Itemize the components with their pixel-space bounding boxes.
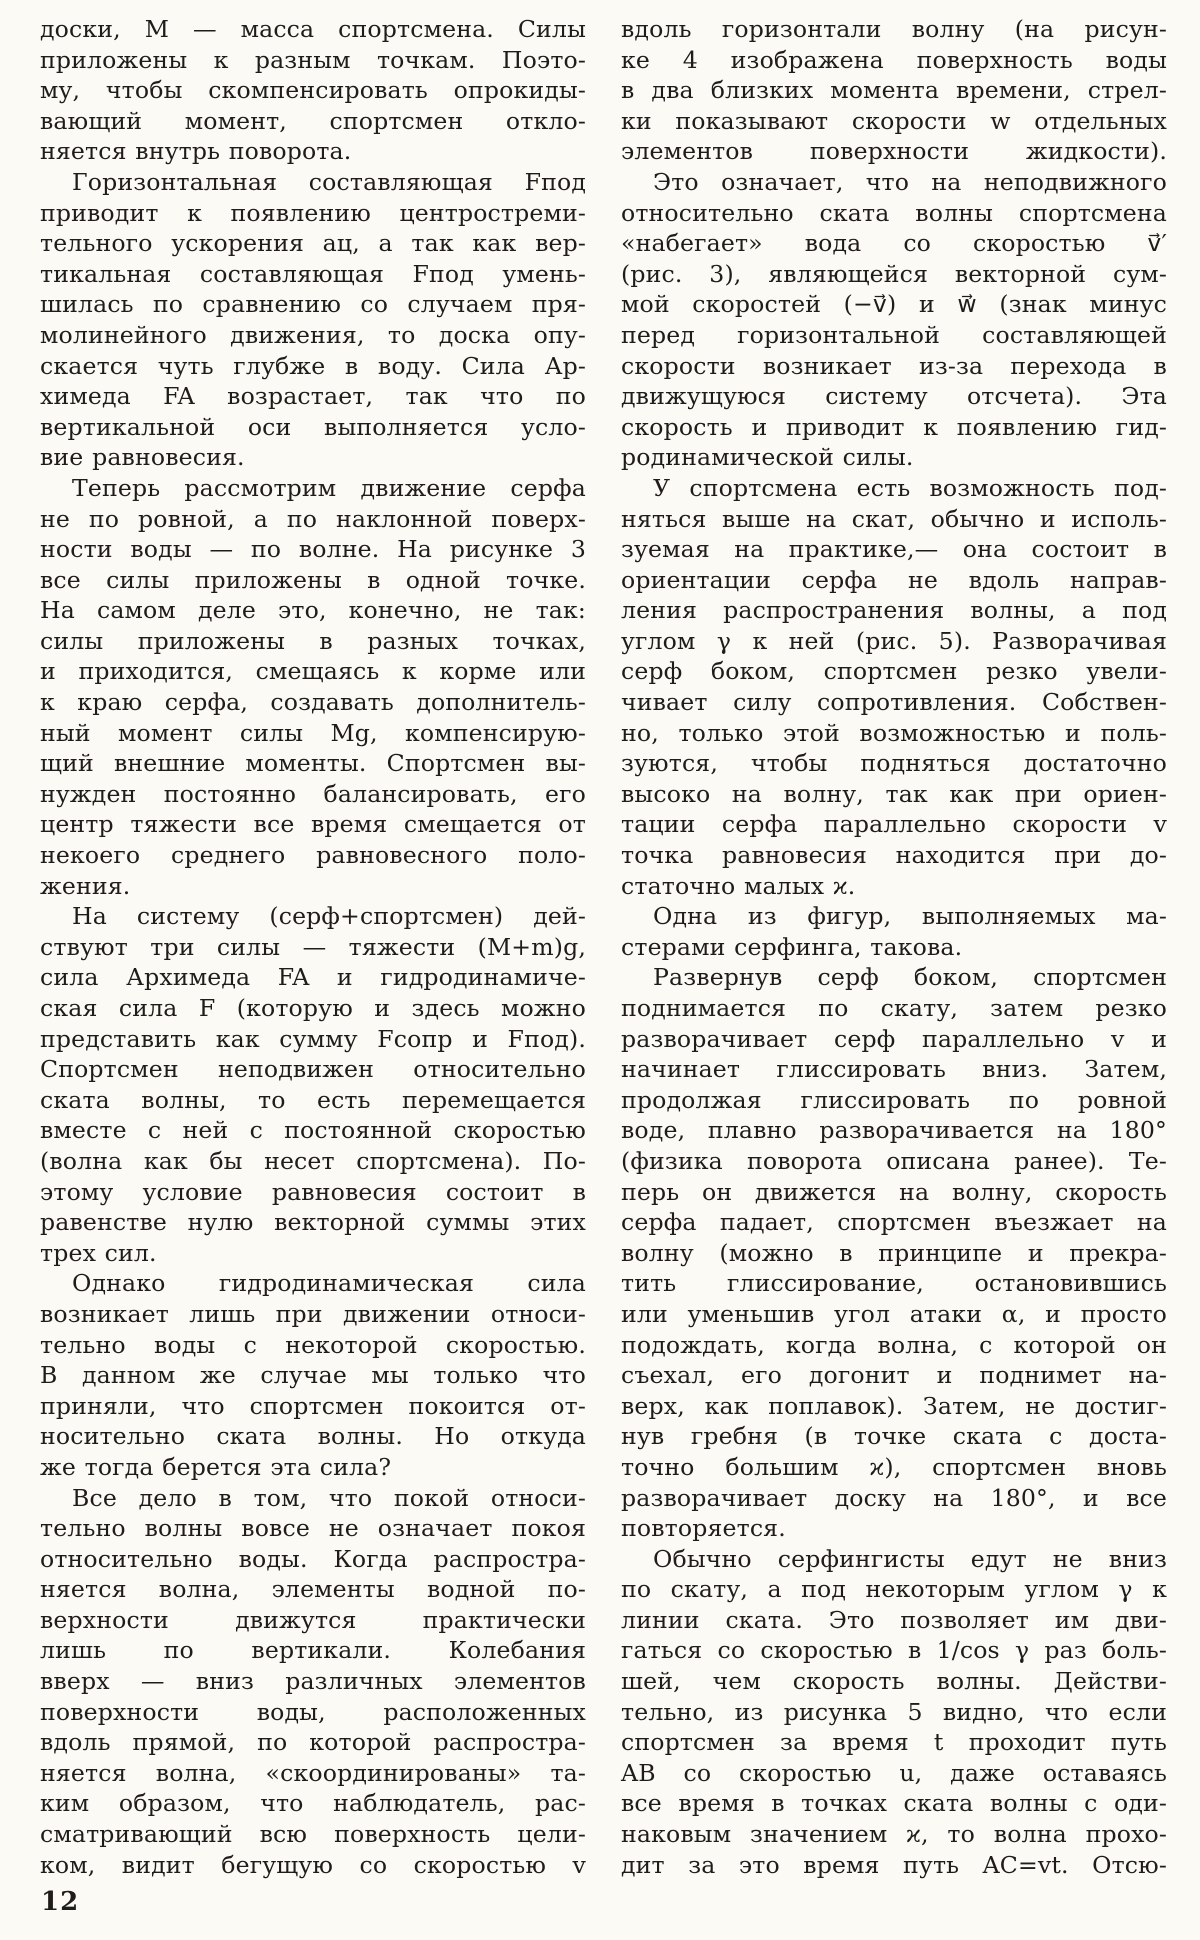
text-line: все время в точках ската волны с оди- <box>621 1788 1167 1819</box>
text-line: тикальная составляющая Fпод умень- <box>40 259 586 290</box>
text-line: верхности движутся практически <box>40 1605 586 1636</box>
text-line: химеда FA возрастает, так что по <box>40 381 586 412</box>
text-line: Это означает, что на неподвижного <box>621 167 1167 198</box>
text-line: тельного ускорения aц, а так как вер- <box>40 228 586 259</box>
text-line: некоего среднего равновесного поло- <box>40 840 586 871</box>
text-line: носительно ската волны. Но откуда <box>40 1421 586 1452</box>
text-line: вместе с ней с постоянной скоростью <box>40 1115 586 1146</box>
text-line: ке 4 изображена поверхность воды <box>621 45 1167 76</box>
text-line: Спортсмен неподвижен относительно <box>40 1054 586 1085</box>
text-line: тельно воды с некоторой скоростью. <box>40 1330 586 1361</box>
text-line: съехал, его догонит и поднимет на- <box>621 1360 1167 1391</box>
text-line: серф боком, спортсмен резко увели- <box>621 656 1167 687</box>
text-line: приняли, что спортсмен покоится от- <box>40 1391 586 1422</box>
text-line: В данном же случае мы только что <box>40 1360 586 1391</box>
text-line: (физика поворота описана ранее). Те- <box>621 1146 1167 1177</box>
text-line: шей, чем скорость волны. Действи- <box>621 1666 1167 1697</box>
right-text-column: вдоль горизонтали волну (на рисун-ке 4 и… <box>621 14 1167 1880</box>
text-line: чивает силу сопротивления. Собствен- <box>621 687 1167 718</box>
text-line: нужден постоянно балансировать, его <box>40 779 586 810</box>
text-line: Однако гидродинамическая сила <box>40 1268 586 1299</box>
text-line: точка равновесия находится при до- <box>621 840 1167 871</box>
text-line: ствуют три силы — тяжести (M+m)g, <box>40 932 586 963</box>
text-line: няться выше на скат, обычно и исполь- <box>621 504 1167 535</box>
text-line: ления распространения волны, а под <box>621 595 1167 626</box>
text-line: зуемая на практике,— она состоит в <box>621 534 1167 565</box>
text-line: относительно воды. Когда распростра- <box>40 1544 586 1575</box>
text-line: вие равновесия. <box>40 442 586 473</box>
text-line: перь он движется на волну, скорость <box>621 1177 1167 1208</box>
text-line: вверх — вниз различных элементов <box>40 1666 586 1697</box>
text-line: У спортсмена есть возможность под- <box>621 473 1167 504</box>
text-line: верх, как поплавок). Затем, не достиг- <box>621 1391 1167 1422</box>
text-line: вдоль прямой, по которой распростра- <box>40 1727 586 1758</box>
text-line: няется внутрь поворота. <box>40 136 586 167</box>
text-line: сила Архимеда FA и гидродинамиче- <box>40 962 586 993</box>
text-line: ким образом, что наблюдатель, рас- <box>40 1788 586 1819</box>
text-line: (волна как бы несет спортсмена). По- <box>40 1146 586 1177</box>
text-line: ская сила F (которую и здесь можно <box>40 993 586 1024</box>
text-line: и приходится, смещаясь к корме или <box>40 656 586 687</box>
text-line: Одна из фигур, выполняемых ма- <box>621 901 1167 932</box>
text-line: гаться со скоростью в 1/cos γ раз боль- <box>621 1635 1167 1666</box>
text-line: наковым значением ϰ, то волна прохо- <box>621 1819 1167 1850</box>
text-line: линии ската. Это позволяет им дви- <box>621 1605 1167 1636</box>
text-line: мой скоростей (−v⃗) и w⃗ (знак минус <box>621 289 1167 320</box>
text-line: вертикальной оси выполняется усло- <box>40 412 586 443</box>
text-line: равенстве нулю векторной суммы этих <box>40 1207 586 1238</box>
text-line: «набегает» вода со скоростью v⃗′ <box>621 228 1167 259</box>
text-line: зуются, чтобы подняться достаточно <box>621 748 1167 779</box>
text-line: лишь по вертикали. Колебания <box>40 1635 586 1666</box>
text-line: приложены к разным точкам. Поэто- <box>40 45 586 76</box>
text-line: разворачивает доску на 180°, и все <box>621 1483 1167 1514</box>
text-line: тельно, из рисунка 5 видно, что если <box>621 1697 1167 1728</box>
text-line: начинает глиссировать вниз. Затем, <box>621 1054 1167 1085</box>
text-line: му, чтобы скомпенсировать опрокиды- <box>40 75 586 106</box>
text-line: На самом деле это, конечно, не так: <box>40 595 586 626</box>
text-line: элементов поверхности жидкости). <box>621 136 1167 167</box>
text-line: ки показывают скорости w отдельных <box>621 106 1167 137</box>
document-page: доски, M — масса спортсмена. Силыприложе… <box>0 0 1200 1940</box>
text-line: статочно малых ϰ. <box>621 871 1167 902</box>
text-line: высоко на волну, так как при ориен- <box>621 779 1167 810</box>
text-line: точно большим ϰ), спортсмен вновь <box>621 1452 1167 1483</box>
text-line: продолжая глиссировать по ровной <box>621 1085 1167 1116</box>
text-line: трех сил. <box>40 1238 586 1269</box>
text-line: родинамической силы. <box>621 442 1167 473</box>
text-line: перед горизонтальной составляющей <box>621 320 1167 351</box>
text-line: Все дело в том, что покой относи- <box>40 1483 586 1514</box>
text-line: или уменьшив угол атаки α, и просто <box>621 1299 1167 1330</box>
text-line: Обычно серфингисты едут не вниз <box>621 1544 1167 1575</box>
text-line: разворачивает серф параллельно v и <box>621 1024 1167 1055</box>
text-line: поднимается по скату, затем резко <box>621 993 1167 1024</box>
text-line: молинейного движения, то доска опу- <box>40 320 586 351</box>
text-line: спортсмен за время t проходит путь <box>621 1727 1167 1758</box>
text-line: тельно волны вовсе не означает покоя <box>40 1513 586 1544</box>
text-line: углом γ к ней (рис. 5). Разворачивая <box>621 626 1167 657</box>
text-line: подождать, когда волна, с которой он <box>621 1330 1167 1361</box>
text-line: няется волна, «скоординированы» та- <box>40 1758 586 1789</box>
text-line: к краю серфа, создавать дополнитель- <box>40 687 586 718</box>
text-line: AB со скоростью u, даже оставаясь <box>621 1758 1167 1789</box>
text-line: ската волны, то есть перемещается <box>40 1085 586 1116</box>
text-line: волну (можно в принципе и прекра- <box>621 1238 1167 1269</box>
text-line: вдоль горизонтали волну (на рисун- <box>621 14 1167 45</box>
text-line: ориентации серфа не вдоль направ- <box>621 565 1167 596</box>
text-line: движущуюся систему отсчета). Эта <box>621 381 1167 412</box>
text-line: повторяется. <box>621 1513 1167 1544</box>
text-line: но, только этой возможностью и поль- <box>621 718 1167 749</box>
text-line: скорости возникает из-за перехода в <box>621 351 1167 382</box>
text-line: тить глиссирование, остановившись <box>621 1268 1167 1299</box>
text-line: Горизонтальная составляющая Fпод <box>40 167 586 198</box>
text-line: скорость и приводит к появлению гид- <box>621 412 1167 443</box>
text-line: в два близких момента времени, стрел- <box>621 75 1167 106</box>
text-line: щий внешние моменты. Спортсмен вы- <box>40 748 586 779</box>
text-line: ный момент силы Mg, компенсирую- <box>40 718 586 749</box>
text-line: дит за это время путь AC=vt. Отсю- <box>621 1850 1167 1881</box>
text-line: вающий момент, спортсмен откло- <box>40 106 586 137</box>
text-line: На систему (серф+спортсмен) дей- <box>40 901 586 932</box>
text-line: нув гребня (в точке ската с доста- <box>621 1421 1167 1452</box>
text-line: относительно ската волны спортсмена <box>621 198 1167 229</box>
text-line: приводит к появлению центростреми- <box>40 198 586 229</box>
text-line: стерами серфинга, такова. <box>621 932 1167 963</box>
text-line: доски, M — масса спортсмена. Силы <box>40 14 586 45</box>
text-line: ности воды — по волне. На рисунке 3 <box>40 534 586 565</box>
text-line: же тогда берется эта сила? <box>40 1452 586 1483</box>
text-line: жения. <box>40 871 586 902</box>
text-line: силы приложены в разных точках, <box>40 626 586 657</box>
text-line: поверхности воды, расположенных <box>40 1697 586 1728</box>
text-line: Теперь рассмотрим движение серфа <box>40 473 586 504</box>
text-line: ком, видит бегущую со скоростью v <box>40 1850 586 1881</box>
text-line: представить как сумму Fсопр и Fпод). <box>40 1024 586 1055</box>
text-line: няется волна, элементы водной по- <box>40 1574 586 1605</box>
text-line: этому условие равновесия состоит в <box>40 1177 586 1208</box>
text-line: скается чуть глубже в воду. Сила Ар- <box>40 351 586 382</box>
text-line: сматривающий всю поверхность цели- <box>40 1819 586 1850</box>
page-number: 12 <box>41 1887 79 1917</box>
text-line: все силы приложены в одной точке. <box>40 565 586 596</box>
text-line: тации серфа параллельно скорости v <box>621 809 1167 840</box>
text-line: Развернув серф боком, спортсмен <box>621 962 1167 993</box>
left-text-column: доски, M — масса спортсмена. Силыприложе… <box>40 14 586 1880</box>
text-line: по скату, а под некоторым углом γ к <box>621 1574 1167 1605</box>
text-line: не по ровной, а по наклонной поверх- <box>40 504 586 535</box>
text-line: возникает лишь при движении относи- <box>40 1299 586 1330</box>
text-line: шилась по сравнению со случаем пря- <box>40 289 586 320</box>
text-line: серфа падает, спортсмен въезжает на <box>621 1207 1167 1238</box>
text-line: центр тяжести все время смещается от <box>40 809 586 840</box>
text-line: (рис. 3), являющейся векторной сум- <box>621 259 1167 290</box>
text-line: воде, плавно разворачивается на 180° <box>621 1115 1167 1146</box>
